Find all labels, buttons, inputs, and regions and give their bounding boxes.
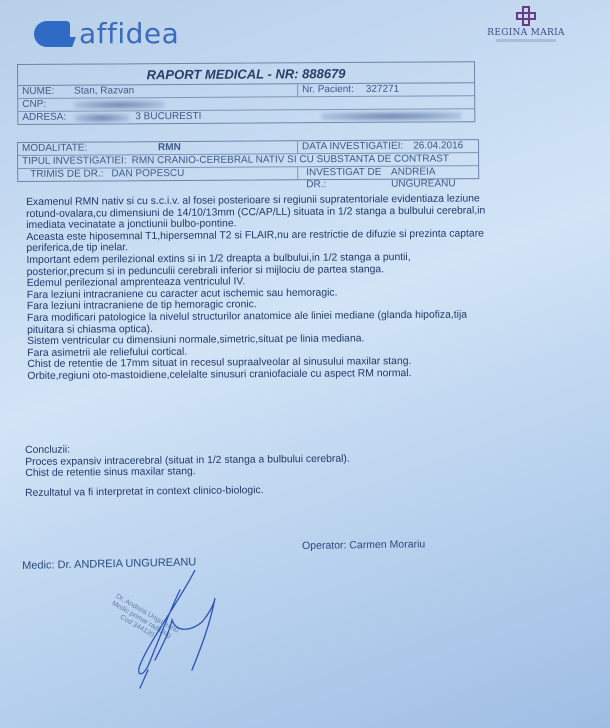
address-redacted-right <box>321 111 461 121</box>
affidea-logo-icon <box>34 21 70 47</box>
affidea-logo: affidea <box>34 17 179 50</box>
interpretation-note: Rezultatul va fi interpretat in context … <box>25 485 264 499</box>
handwritten-signature-icon <box>110 570 230 690</box>
name-value: Stan, Razvan <box>68 85 134 97</box>
regina-maria-cross-icon <box>516 6 536 26</box>
report-title: RAPORT MEDICAL - NR: 888679 <box>18 62 474 86</box>
name-label: NUME: <box>18 86 68 98</box>
investigated-by-label: INVESTIGAT DE DR.: <box>298 167 383 180</box>
modality-value: RMN <box>120 142 181 154</box>
investigation-type-label: TIPUL INVESTIGATIEI: <box>18 155 127 168</box>
operator-label: Operator: Carmen Morariu <box>302 538 425 552</box>
cnp-redacted <box>74 100 164 110</box>
address-row: ADRESA: 3 BUCURESTI <box>18 109 474 124</box>
patient-info-table: RAPORT MEDICAL - NR: 888679 NUME: Stan, … <box>17 61 475 125</box>
conclusion-item: Chist de retentie sinus maxilar stang. <box>25 465 350 480</box>
investigation-info-table: MODALITATE: RMN DATA INVESTIGATIEI: 26.0… <box>17 139 479 182</box>
address-label: ADRESA: <box>18 112 68 124</box>
address-value: 3 BUCURESTI <box>129 111 201 123</box>
referred-by-label: TRIMIS DE DR.: <box>18 168 103 181</box>
investigated-by-value: ANDREIA UNGUREANU <box>383 166 478 179</box>
date-label: DATA INVESTIGATIEI: <box>298 141 403 154</box>
modality-label: MODALITATE: <box>18 142 120 155</box>
findings-text: Examenul RMN nativ si cu s.c.i.v. al fos… <box>26 193 587 383</box>
doctors-row: TRIMIS DE DR.: DAN POPESCU INVESTIGAT DE… <box>18 166 478 181</box>
patient-id-value: 327271 <box>354 84 399 96</box>
conclusions-section: Concluzii: Proces expansiv intracerebral… <box>25 442 350 480</box>
address-redacted <box>74 113 129 122</box>
affidea-logo-text: affidea <box>79 17 179 50</box>
regina-maria-tagline <box>496 39 556 42</box>
date-value: 26.04.2016 <box>403 140 463 152</box>
regina-maria-logo-text: REGINA MARIA <box>486 28 566 38</box>
patient-id-label: Nr. Pacient: <box>298 84 354 96</box>
cnp-label: CNP: <box>18 99 68 111</box>
regina-maria-logo: REGINA MARIA <box>486 6 566 42</box>
medical-report-page: affidea REGINA MARIA RAPORT MEDICAL - NR… <box>0 0 610 728</box>
referred-by-value: DAN POPESCU <box>104 168 185 180</box>
investigation-type-value: RMN CRANIO-CEREBRAL NATIV SI CU SUBSTANT… <box>127 153 450 167</box>
